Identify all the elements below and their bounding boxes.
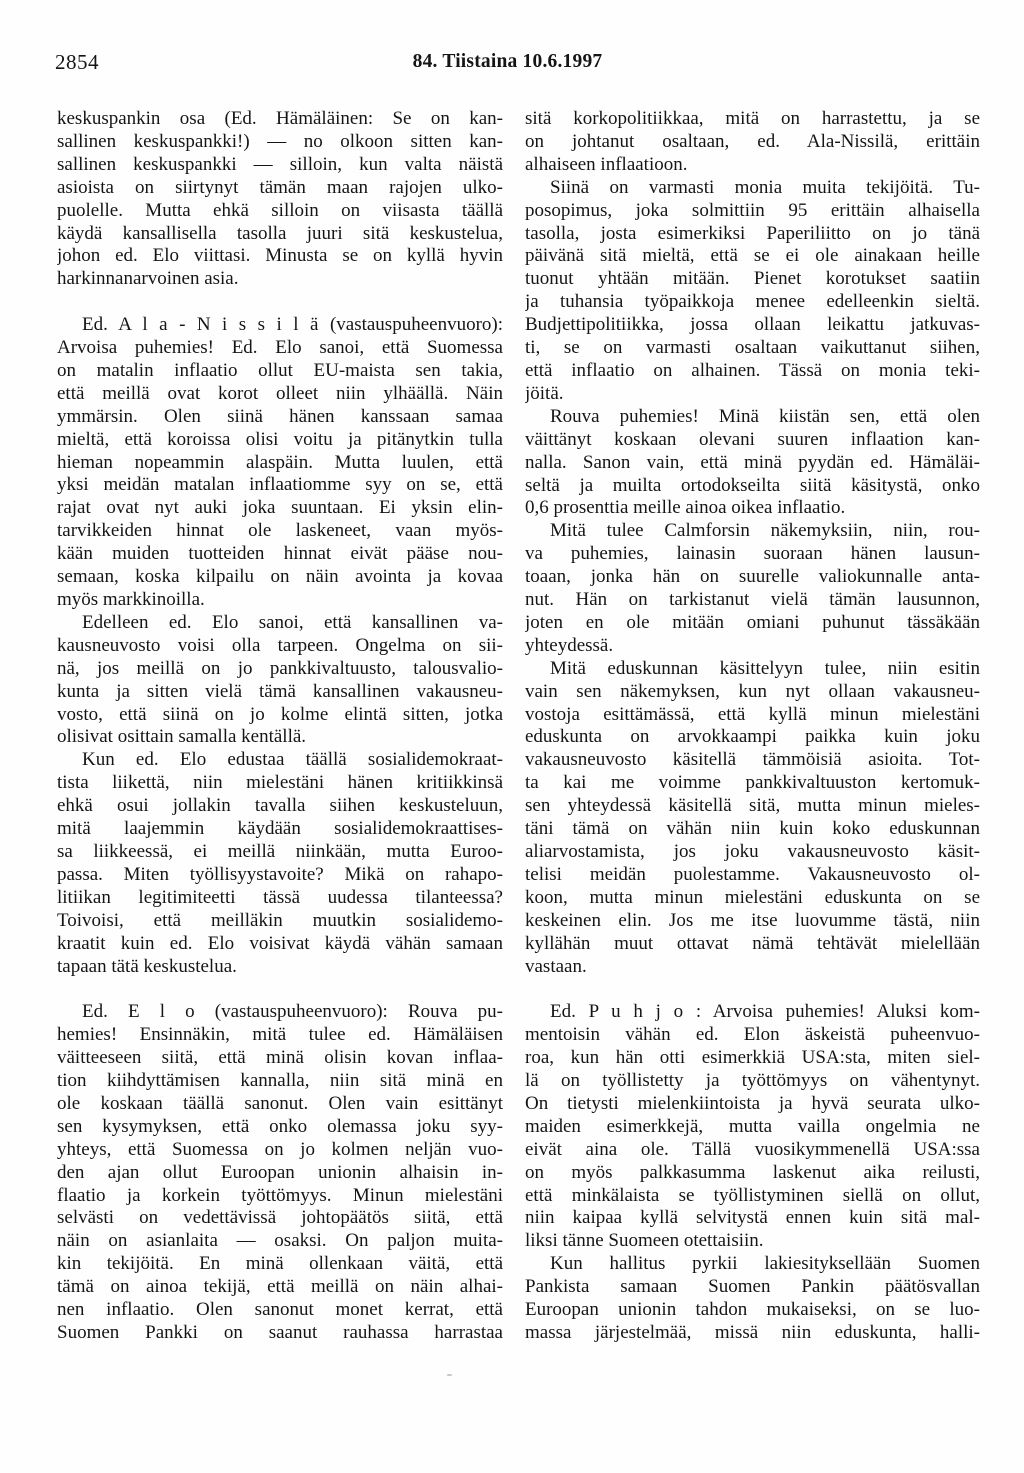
text-line: Ed. E l o (vastauspuheenvuoro): Rouva pu… bbox=[57, 1001, 503, 1024]
text-line: litiikan legitimiteetti tässä uudessa ti… bbox=[57, 887, 503, 910]
paragraph: sitä korkopolitiikkaa, mitä on harrastet… bbox=[525, 108, 980, 177]
text-line: kin tekijöitä. En minä ollenkaan väitä, … bbox=[57, 1253, 503, 1276]
text-line: täni tämä on vähän niin kuin koko edusku… bbox=[525, 818, 980, 841]
text-line: niin kaipaa kyllä selvitystä ennen kuin … bbox=[525, 1207, 980, 1230]
text-line: sallinen keskuspankki!) — no olkoon sitt… bbox=[57, 131, 503, 154]
text-line: yksi meidän matalan inflaatiomme syy on … bbox=[57, 474, 503, 497]
text-line: käydä kansallisella tasolla juuri sitä k… bbox=[57, 223, 503, 246]
text-line: tuonut yhtään mitään. Pienet korotukset … bbox=[525, 268, 980, 291]
paragraph: Kun hallitus pyrkii lakiesityksellään Su… bbox=[525, 1253, 980, 1345]
paragraph: keskuspankin osa (Ed. Hämäläinen: Se on … bbox=[57, 108, 503, 291]
text-line: vastaan. bbox=[525, 956, 980, 979]
text-line: on johtanut osaltaan, ed. Ala-Nissilä, e… bbox=[525, 131, 980, 154]
text-line: Arvoisa puhemies! Ed. Elo sanoi, että Su… bbox=[57, 337, 503, 360]
text-line: va puhemies, lainasin suoraan hänen laus… bbox=[525, 543, 980, 566]
text-line: On tietysti mielenkiintoista ja hyvä seu… bbox=[525, 1093, 980, 1116]
text-line: ehkä osui jollakin tavalla siihen keskus… bbox=[57, 795, 503, 818]
text-line: rajat ovat nyt auki joka suuntaan. Ei yk… bbox=[57, 497, 503, 520]
text-line: näin on asianlaita — osaksi. On paljon m… bbox=[57, 1230, 503, 1253]
text-line: Suomen Pankki on saanut rauhassa harrast… bbox=[57, 1322, 503, 1345]
paragraph: Ed. A l a - N i s s i l ä (vastauspuheen… bbox=[57, 314, 503, 612]
text-line: flaatio ja korkein työttömyys. Minun mie… bbox=[57, 1185, 503, 1208]
text-line: kausneuvosto voisi olla tarpeen. Ongelma… bbox=[57, 635, 503, 658]
text-line: mitä laajemmin käydään sosialidemokraatt… bbox=[57, 818, 503, 841]
text-line: Edelleen ed. Elo sanoi, että kansallinen… bbox=[57, 612, 503, 635]
paragraph: Ed. E l o (vastauspuheenvuoro): Rouva pu… bbox=[57, 1001, 503, 1345]
text-line: kunta ja sitten vielä tämä kansallinen v… bbox=[57, 681, 503, 704]
text-line: sen kysymyksen, että onko olemassa joku … bbox=[57, 1116, 503, 1139]
text-line: on matalin inflaatio ollut EU-maista sen… bbox=[57, 360, 503, 383]
text-line: kyllähän muut ottavat nämä tehtävät miel… bbox=[525, 933, 980, 956]
text-line: keskeinen elin. Jos me itse luovumme täs… bbox=[525, 910, 980, 933]
text-line: semaan, koska kilpailu on näin avointa j… bbox=[57, 566, 503, 589]
text-line: Kun hallitus pyrkii lakiesityksellään Su… bbox=[525, 1253, 980, 1276]
text-line: jöitä. bbox=[525, 383, 980, 406]
text-line: tapaan tätä keskustelua. bbox=[57, 956, 503, 979]
text-line: mentoisin vähän ed. Elon äskeistä puheen… bbox=[525, 1024, 980, 1047]
text-line: sallinen keskuspankki — silloin, kun val… bbox=[57, 154, 503, 177]
right-text-column: sitä korkopolitiikkaa, mitä on harrastet… bbox=[525, 108, 980, 1345]
text-line: eduskunta on arvokkaampi paikka kuin jok… bbox=[525, 726, 980, 749]
document-page: 2854 84. Tiistaina 10.6.1997 keskuspanki… bbox=[0, 0, 1024, 1473]
text-line: myös markkinoilla. bbox=[57, 589, 503, 612]
paragraph: Edelleen ed. Elo sanoi, että kansallinen… bbox=[57, 612, 503, 749]
paragraph: Mitä tulee Calmforsin näkemyksiin, niin,… bbox=[525, 520, 980, 657]
text-line: tämä on ainoa tekijä, että meillä on näi… bbox=[57, 1276, 503, 1299]
paragraph: Rouva puhemies! Minä kiistän sen, että o… bbox=[525, 406, 980, 521]
text-line: kraatit kuin ed. Elo voisivat käydä vähä… bbox=[57, 933, 503, 956]
text-line: Ed. A l a - N i s s i l ä (vastauspuheen… bbox=[57, 314, 503, 337]
text-line: olisivat osittain samalla kentällä. bbox=[57, 726, 503, 749]
text-line: hieman nopeammin alaspäin. Mutta luulen,… bbox=[57, 452, 503, 475]
text-line: johon ed. Elo viittasi. Minusta se on ky… bbox=[57, 245, 503, 268]
text-columns: keskuspankin osa (Ed. Hämäläinen: Se on … bbox=[57, 108, 980, 1345]
text-line: päivänä sitä mieltä, että se ei ole aina… bbox=[525, 245, 980, 268]
text-line: että inflaatio on alhainen. Tässä on mon… bbox=[525, 360, 980, 383]
text-line: tion kiihdyttämisen kannalla, niin sitä … bbox=[57, 1070, 503, 1093]
text-line: väitteeseen siitä, että minä olisin kova… bbox=[57, 1047, 503, 1070]
text-line: ta kai me voimme pankkivaltuuston kertom… bbox=[525, 772, 980, 795]
text-line: toaan, jonka hän on suurelle valiokunnal… bbox=[525, 566, 980, 589]
text-line: koon, mutta minun mielestäni eduskunta o… bbox=[525, 887, 980, 910]
paragraph: Ed. P u h j o : Arvoisa puhemies! Aluksi… bbox=[525, 1001, 980, 1253]
text-line: eivät aina ole. Tällä vuosikymmenellä US… bbox=[525, 1139, 980, 1162]
text-line: sitä korkopolitiikkaa, mitä on harrastet… bbox=[525, 108, 980, 131]
text-line: nalla. Sanon vain, että minä pyydän ed. … bbox=[525, 452, 980, 475]
text-line: sa liikkeessä, ei meillä niinkään, mutta… bbox=[57, 841, 503, 864]
text-line: roa, kun hän otti esimerkkiä USA:sta, mi… bbox=[525, 1047, 980, 1070]
text-line: ole koskaan täällä sanonut. Olen vain es… bbox=[57, 1093, 503, 1116]
text-line: Rouva puhemies! Minä kiistän sen, että o… bbox=[525, 406, 980, 429]
text-line: Euroopan unionin tahdon mukaiseksi, on s… bbox=[525, 1299, 980, 1322]
text-line: yhteydessä. bbox=[525, 635, 980, 658]
paragraph: Siinä on varmasti monia muita tekijöitä.… bbox=[525, 177, 980, 406]
text-line: Toivoisi, että meilläkin muutkin sosiali… bbox=[57, 910, 503, 933]
text-line: passa. Miten työllisyystavoite? Mikä on … bbox=[57, 864, 503, 887]
text-line: väittänyt koskaan olevani suuren inflaat… bbox=[525, 429, 980, 452]
text-line: vain sen näkemyksen, kun nyt ollaan vaka… bbox=[525, 681, 980, 704]
text-line: harkinnanarvoinen asia. bbox=[57, 268, 503, 291]
text-line: maiden esimerkkejä, mutta vailla ongelmi… bbox=[525, 1116, 980, 1139]
text-line: Siinä on varmasti monia muita tekijöitä.… bbox=[525, 177, 980, 200]
text-line: joten en ole mitään omiani puhunut tässä… bbox=[525, 612, 980, 635]
text-line: seltä ja muilta ortodokseilta siitä käsi… bbox=[525, 475, 980, 498]
text-line: massa järjestelmää, missä niin eduskunta… bbox=[525, 1322, 980, 1345]
text-line: Ed. P u h j o : Arvoisa puhemies! Aluksi… bbox=[525, 1001, 980, 1024]
text-line: asioista on siirtynyt tämän maan rajojen… bbox=[57, 177, 503, 200]
text-line: Budjettipolitiikka, jossa ollaan leikatt… bbox=[525, 314, 980, 337]
text-line: kään muiden tuotteiden hinnat eivät pääs… bbox=[57, 543, 503, 566]
text-line: aliarvostamista, jos joku vakausneuvosto… bbox=[525, 841, 980, 864]
left-text-column: keskuspankin osa (Ed. Hämäläinen: Se on … bbox=[57, 108, 503, 1345]
text-line: liksi tänne Suomeen otettaisiin. bbox=[525, 1230, 980, 1253]
paragraph: Mitä eduskunnan käsittelyyn tulee, niin … bbox=[525, 658, 980, 979]
text-line: Pankista samaan Suomen Pankin päätösvall… bbox=[525, 1276, 980, 1299]
text-line: posopimus, joka solmittiin 95 erittäin a… bbox=[525, 200, 980, 223]
text-line: ti, se on varmasti osaltaan vaikuttanut … bbox=[525, 337, 980, 360]
text-line: selvästi on vedettävissä johtopäätös sii… bbox=[57, 1207, 503, 1230]
text-line: tarvikkeiden hinnat ole laskeneet, vaan … bbox=[57, 520, 503, 543]
text-line: lä on työllistetty ja työttömyys on vähe… bbox=[525, 1070, 980, 1093]
scan-artifact bbox=[447, 1374, 452, 1376]
text-line: ymmärsin. Olen siinä hänen kanssaan sama… bbox=[57, 406, 503, 429]
text-line: nut. Hän on tarkistanut vielä tämän laus… bbox=[525, 589, 980, 612]
text-line: hemies! Ensinnäkin, mitä tulee ed. Hämäl… bbox=[57, 1024, 503, 1047]
text-line: ja tuhansia työpaikkoja menee edelleenki… bbox=[525, 291, 980, 314]
text-line: nä, jos meillä on jo pankkivaltuusto, ta… bbox=[57, 658, 503, 681]
session-header-title: 84. Tiistaina 10.6.1997 bbox=[0, 51, 1015, 73]
text-line: den ajan ollut Euroopan unionin alhaisin… bbox=[57, 1162, 503, 1185]
text-line: 0,6 prosenttia meille ainoa oikea inflaa… bbox=[525, 497, 980, 520]
text-line: tista liikettä, niin mielestäni hänen kr… bbox=[57, 772, 503, 795]
text-line: yhteys, että Suomessa on jo kolmen neljä… bbox=[57, 1139, 503, 1162]
text-line: mieltä, että koroissa olisi voitu ja pit… bbox=[57, 429, 503, 452]
text-line: puolelle. Mutta ehkä silloin on viisasta… bbox=[57, 200, 503, 223]
text-line: vakausneuvosto käsitellä tämmöisiä asioi… bbox=[525, 749, 980, 772]
text-line: vosto, että siinä on jo kolme elintä sit… bbox=[57, 704, 503, 727]
text-line: että minkälaista se työllistyminen siell… bbox=[525, 1185, 980, 1208]
text-line: Kun ed. Elo edustaa täällä sosialidemokr… bbox=[57, 749, 503, 772]
text-line: Mitä tulee Calmforsin näkemyksiin, niin,… bbox=[525, 520, 980, 543]
text-line: sen yhteydessä käsitellä sitä, mutta min… bbox=[525, 795, 980, 818]
text-line: tasolla, josta esimerkiksi Paperiliitto … bbox=[525, 223, 980, 246]
text-line: vostoja esittämässä, että kyllä minun mi… bbox=[525, 704, 980, 727]
text-line: alhaiseen inflaatioon. bbox=[525, 154, 980, 177]
text-line: on myös palkkasumma laskenut aika reilus… bbox=[525, 1162, 980, 1185]
text-line: telisi meidän puolestamme. Vakausneuvost… bbox=[525, 864, 980, 887]
text-line: nen inflaatio. Olen sanonut monet kerrat… bbox=[57, 1299, 503, 1322]
paragraph: Kun ed. Elo edustaa täällä sosialidemokr… bbox=[57, 749, 503, 978]
text-line: että meillä ovat korot olleet niin ylhää… bbox=[57, 383, 503, 406]
text-line: Mitä eduskunnan käsittelyyn tulee, niin … bbox=[525, 658, 980, 681]
text-line: keskuspankin osa (Ed. Hämäläinen: Se on … bbox=[57, 108, 503, 131]
